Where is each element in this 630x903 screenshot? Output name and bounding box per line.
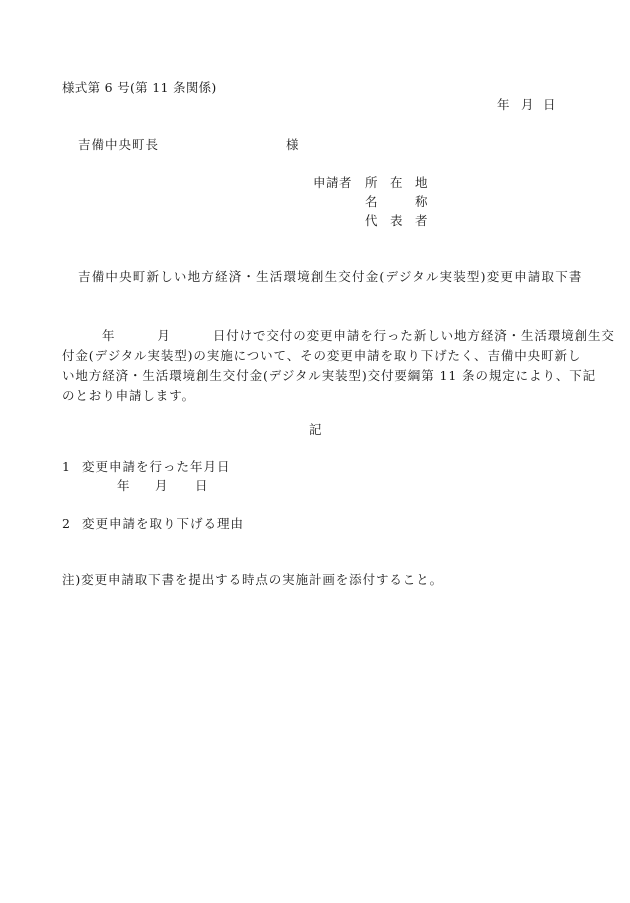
form-number: 様式第 6 号(第 11 条関係) <box>62 82 217 95</box>
date-year: 年 <box>117 480 155 493</box>
body-paragraph: 年月日付けで交付の変更申請を行った新しい地方経済・生活環境創生交 付金(デジタル… <box>62 326 582 406</box>
char: 称 <box>415 196 440 209</box>
date-day: 日 <box>543 99 556 112</box>
char: 名 <box>365 196 390 209</box>
char: 表 <box>390 215 415 228</box>
item-number: 1 <box>62 461 82 474</box>
item-2: 2変更申請を取り下げる理由 <box>62 518 244 531</box>
char: 在 <box>390 177 415 190</box>
applicant-name-label: 名称 <box>365 196 440 209</box>
date-month: 月 <box>155 480 195 493</box>
note: 注)変更申請取下書を提出する時点の実施計画を添付すること。 <box>62 574 443 587</box>
submission-date: 年月日 <box>497 99 556 112</box>
body-line-2: 付金(デジタル実装型)の実施について、その変更申請を取り下げたく、吉備中央町新し <box>62 346 582 366</box>
applicant-representative-label: 代表者 <box>365 215 440 228</box>
body-line-3: い地方経済・生活環境創生交付金(デジタル実装型)交付要綱第 11 条の規定により… <box>62 366 582 386</box>
char: 所 <box>365 177 390 190</box>
ki-heading: 記 <box>309 424 322 437</box>
document-title: 吉備中央町新しい地方経済・生活環境創生交付金(デジタル実装型)変更申請取下書 <box>78 271 583 284</box>
item-label: 変更申請を取り下げる理由 <box>82 516 244 531</box>
addressee: 吉備中央町長 <box>78 139 159 152</box>
date-month: 月 <box>521 99 543 112</box>
item-number: 2 <box>62 518 82 531</box>
body-line-1: 年月日付けで交付の変更申請を行った新しい地方経済・生活環境創生交 <box>62 326 582 346</box>
body-year: 年 <box>102 328 115 343</box>
date-day: 日 <box>195 480 208 493</box>
char: 代 <box>365 215 390 228</box>
applicant-label: 申請者 <box>313 177 352 190</box>
item-1: 1変更申請を行った年月日 <box>62 461 231 474</box>
applicant-address-label: 所在地 <box>365 177 440 190</box>
item-label: 変更申請を行った年月日 <box>82 459 231 474</box>
item-1-date: 年月日 <box>117 480 208 493</box>
body-line-4: のとおり申請します。 <box>62 386 582 406</box>
char: 者 <box>415 215 440 228</box>
char: 地 <box>415 177 440 190</box>
body-text: 日付けで交付の変更申請を行った新しい地方経済・生活環境創生交 <box>213 328 615 343</box>
date-year: 年 <box>497 99 521 112</box>
body-month: 月 <box>157 328 170 343</box>
honorific: 様 <box>286 139 299 152</box>
